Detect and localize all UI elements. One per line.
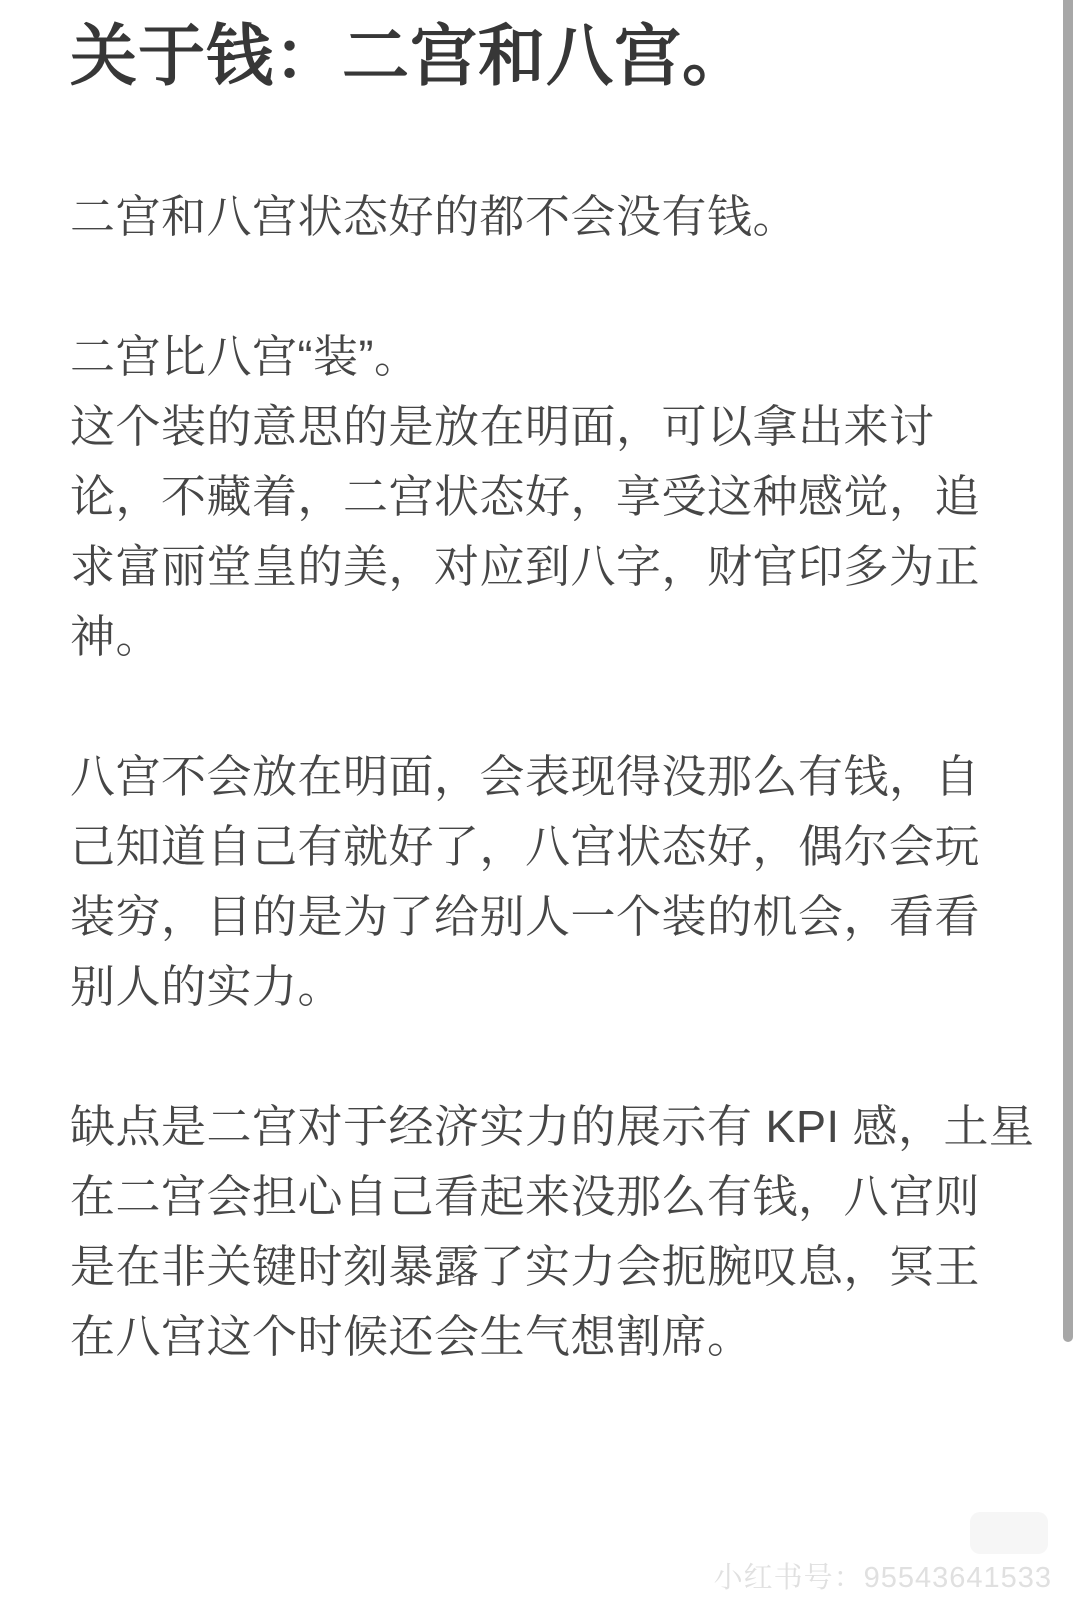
text-line: 在二宫会担心自己看起来没那么有钱，八宫则 xyxy=(70,1162,1020,1232)
text-line: 八宫不会放在明面，会表现得没那么有钱，自 xyxy=(70,742,1020,812)
text-line: 在八宫这个时候还会生气想割席。 xyxy=(70,1302,1020,1372)
article-content: 关于钱：二宫和八宫。 二宫和八宫状态好的都不会没有钱。 二宫比八宫“装”。 这个… xyxy=(70,12,1020,1442)
text-line: 缺点是二宫对于经济实力的展示有 KPI 感，土星 xyxy=(70,1092,1020,1162)
text-line: 二宫比八宫“装”。 xyxy=(70,322,1020,392)
paragraph: 八宫不会放在明面，会表现得没那么有钱，自 己知道自己有就好了，八宫状态好，偶尔会… xyxy=(70,742,1020,1022)
text-line: 这个装的意思的是放在明面，可以拿出来讨 xyxy=(70,392,1020,462)
paragraph: 二宫和八宫状态好的都不会没有钱。 xyxy=(70,182,1020,252)
faded-sticker xyxy=(970,1512,1048,1554)
page: { "page": { "title": "关于钱：二宫和八宫。", "para… xyxy=(0,0,1080,1616)
watermark-account-id: 小红书号：95543641533 xyxy=(714,1555,1052,1596)
text-line: 装穷，目的是为了给别人一个装的机会，看看 xyxy=(70,882,1020,952)
page-title: 关于钱：二宫和八宫。 xyxy=(70,12,1020,102)
paragraph: 二宫比八宫“装”。 这个装的意思的是放在明面，可以拿出来讨 论，不藏着，二宫状态… xyxy=(70,322,1020,672)
scrollbar-thumb[interactable] xyxy=(1063,0,1073,1342)
text-line: 己知道自己有就好了，八宫状态好，偶尔会玩 xyxy=(70,812,1020,882)
paragraph: 缺点是二宫对于经济实力的展示有 KPI 感，土星 在二宫会担心自己看起来没那么有… xyxy=(70,1092,1020,1372)
text-line: 求富丽堂皇的美，对应到八字，财官印多为正 xyxy=(70,532,1020,602)
text-line: 是在非关键时刻暴露了实力会扼腕叹息，冥王 xyxy=(70,1232,1020,1302)
text-line: 别人的实力。 xyxy=(70,952,1020,1022)
text-line: 论，不藏着，二宫状态好，享受这种感觉，追 xyxy=(70,462,1020,532)
text-line: 二宫和八宫状态好的都不会没有钱。 xyxy=(70,182,1020,252)
text-line: 神。 xyxy=(70,602,1020,672)
